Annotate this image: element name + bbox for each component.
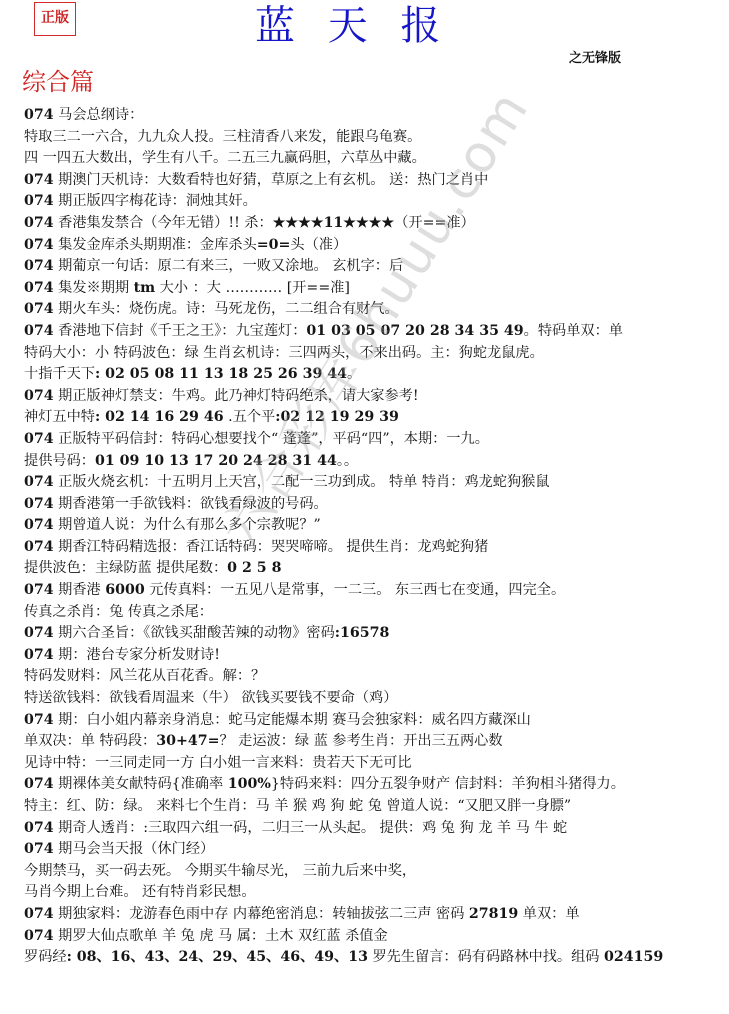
text-line: 074 期曾道人说：为什么有那么多个宗教呢？” xyxy=(24,515,724,537)
text-line: 传真之杀肖：兔 传真之杀尾： xyxy=(24,602,724,624)
text-line: 074 期澳门天机诗：大数看特也好猜，草原之上有玄机。 送：热门之肖中 xyxy=(24,170,724,192)
text-line: 单双决：单 特码段：30+47=？ 走运波：绿 蓝 参考生肖：开出三五两心数 xyxy=(24,731,724,753)
text-line: 074 马会总纲诗： xyxy=(24,105,724,127)
text-line: 十指千天下: 02 05 08 11 13 18 25 26 39 44。 xyxy=(24,364,724,386)
text-line: 074 香港集发禁合（今年无错）!! 杀：★★★★11★★★★（开==准） xyxy=(24,213,724,235)
text-line: 提供波色：主绿防蓝 提供尾数：0 2 5 8 xyxy=(24,558,724,580)
text-line: 074 期：白小姐内幕亲身消息：蛇马定能爆本期 赛马会独家料：威名四方藏深山 xyxy=(24,710,724,732)
edition-label: 之无锋版 xyxy=(569,47,621,66)
text-line: 马肖今期上台难。 还有特肖彩民想。 xyxy=(24,882,724,904)
text-line: 074 期裸体美女献特码{准确率 100%}特码来料：四分五裂争财产 信封料：羊… xyxy=(24,774,724,796)
article-body: 074 马会总纲诗：特取三二一六合，九九众人投。三柱清香八来发，能跟乌龟赛。四 … xyxy=(24,105,724,969)
official-edition-badge: 正版 xyxy=(34,2,76,36)
text-line: 074 集发金库杀头期期准：金库杀头=0=头（准） xyxy=(24,235,724,257)
text-line: 特码发财料：风兰花从百花香。解：？ xyxy=(24,666,724,688)
text-line: 074 期火车头：烧伤虎。诗：马死龙伤，二二组合有财气。 xyxy=(24,299,724,321)
text-line: 四 一四五大数出，学生有八千。二五三九赢码胆，六草丛中藏。 xyxy=(24,148,724,170)
text-line: 074 期正版四字梅花诗：洞烛其奸。 xyxy=(24,191,724,213)
text-line: 074 期香港 6000 元传真料：一五见八是常事，一二三。 东三西七在变通，四… xyxy=(24,580,724,602)
text-line: 074 正版特平码信封：特码心想要找个“ 蓬蓬”，平码“四”，本期：一九。 xyxy=(24,429,724,451)
text-line: 074 期马会当天报（休门经） xyxy=(24,839,724,861)
text-line: 074 期香江特码精选报：香江话特码：哭哭啼啼。 提供生肖：龙鸡蛇狗猪 xyxy=(24,537,724,559)
text-line: 074 期罗大仙点歌单 羊 兔 虎 马 属：土木 双红蓝 杀值金 xyxy=(24,926,724,948)
text-line: 074 集发※期期 tm 大小 ：大 ………… [开==准] xyxy=(24,278,724,300)
text-line: 074 香港地下信封《千王之王》：九宝莲灯：01 03 05 07 20 28 … xyxy=(24,321,724,343)
text-line: 074 期葡京一句话：原二有来三，一败又涂地。 玄机字：后 xyxy=(24,256,724,278)
text-line: 074 期六合圣旨：《欲钱买甜酸苦辣的动物》密码:16578 xyxy=(24,623,724,645)
text-line: 074 期香港第一手欲钱料：欲钱看绿波的号码。 xyxy=(24,494,724,516)
text-line: 074 期正版神灯禁支：牛鸡。此乃神灯特码绝杀，请大家参考! xyxy=(24,386,724,408)
text-line: 见诗中特：一三同走同一方 白小姐一言来料：贵若天下无可比 xyxy=(24,753,724,775)
text-line: 神灯五中特: 02 14 16 29 46 .五个平:02 12 19 29 3… xyxy=(24,407,724,429)
text-line: 074 期奇人透肖：:三取四六组一码，二归三一从头起。 提供：鸡 兔 狗 龙 羊… xyxy=(24,818,724,840)
text-line: 罗码经: 08、16、43、24、29、45、46、49、13 罗先生留言：码有… xyxy=(24,947,724,969)
newspaper-title: 蓝 天 报 xyxy=(255,2,455,50)
text-line: 特码大小：小 特码波色：绿 生肖玄机诗：三四两头，不来出码。主：狗蛇龙鼠虎。 xyxy=(24,343,724,365)
text-line: 074 期独家料：龙游春色雨中存 内幕绝密消息：转轴拔弦二三声 密码 27819… xyxy=(24,904,724,926)
text-line: 提供号码：01 09 10 13 17 20 24 28 31 44。。 xyxy=(24,451,724,473)
text-line: 今期禁马，买一码去死。 今期买牛输尽光， 三前九后来中奖， xyxy=(24,861,724,883)
text-line: 特取三二一六合，九九众人投。三柱清香八来发，能跟乌龟赛。 xyxy=(24,127,724,149)
text-line: 074 正版火烧玄机：十五明月上天宫，二配一三功到成。 特单 特肖：鸡龙蛇狗猴鼠 xyxy=(24,472,724,494)
text-line: 特送欲钱料：欲钱看周温来（牛） 欲钱买要钱不要命（鸡） xyxy=(24,688,724,710)
section-title: 综合篇 xyxy=(22,62,94,97)
text-line: 074 期：港台专家分析发财诗! xyxy=(24,645,724,667)
text-line: 特主：红、防：绿。 来料七个生肖：马 羊 猴 鸡 狗 蛇 兔 曾道人说：“又肥又… xyxy=(24,796,724,818)
